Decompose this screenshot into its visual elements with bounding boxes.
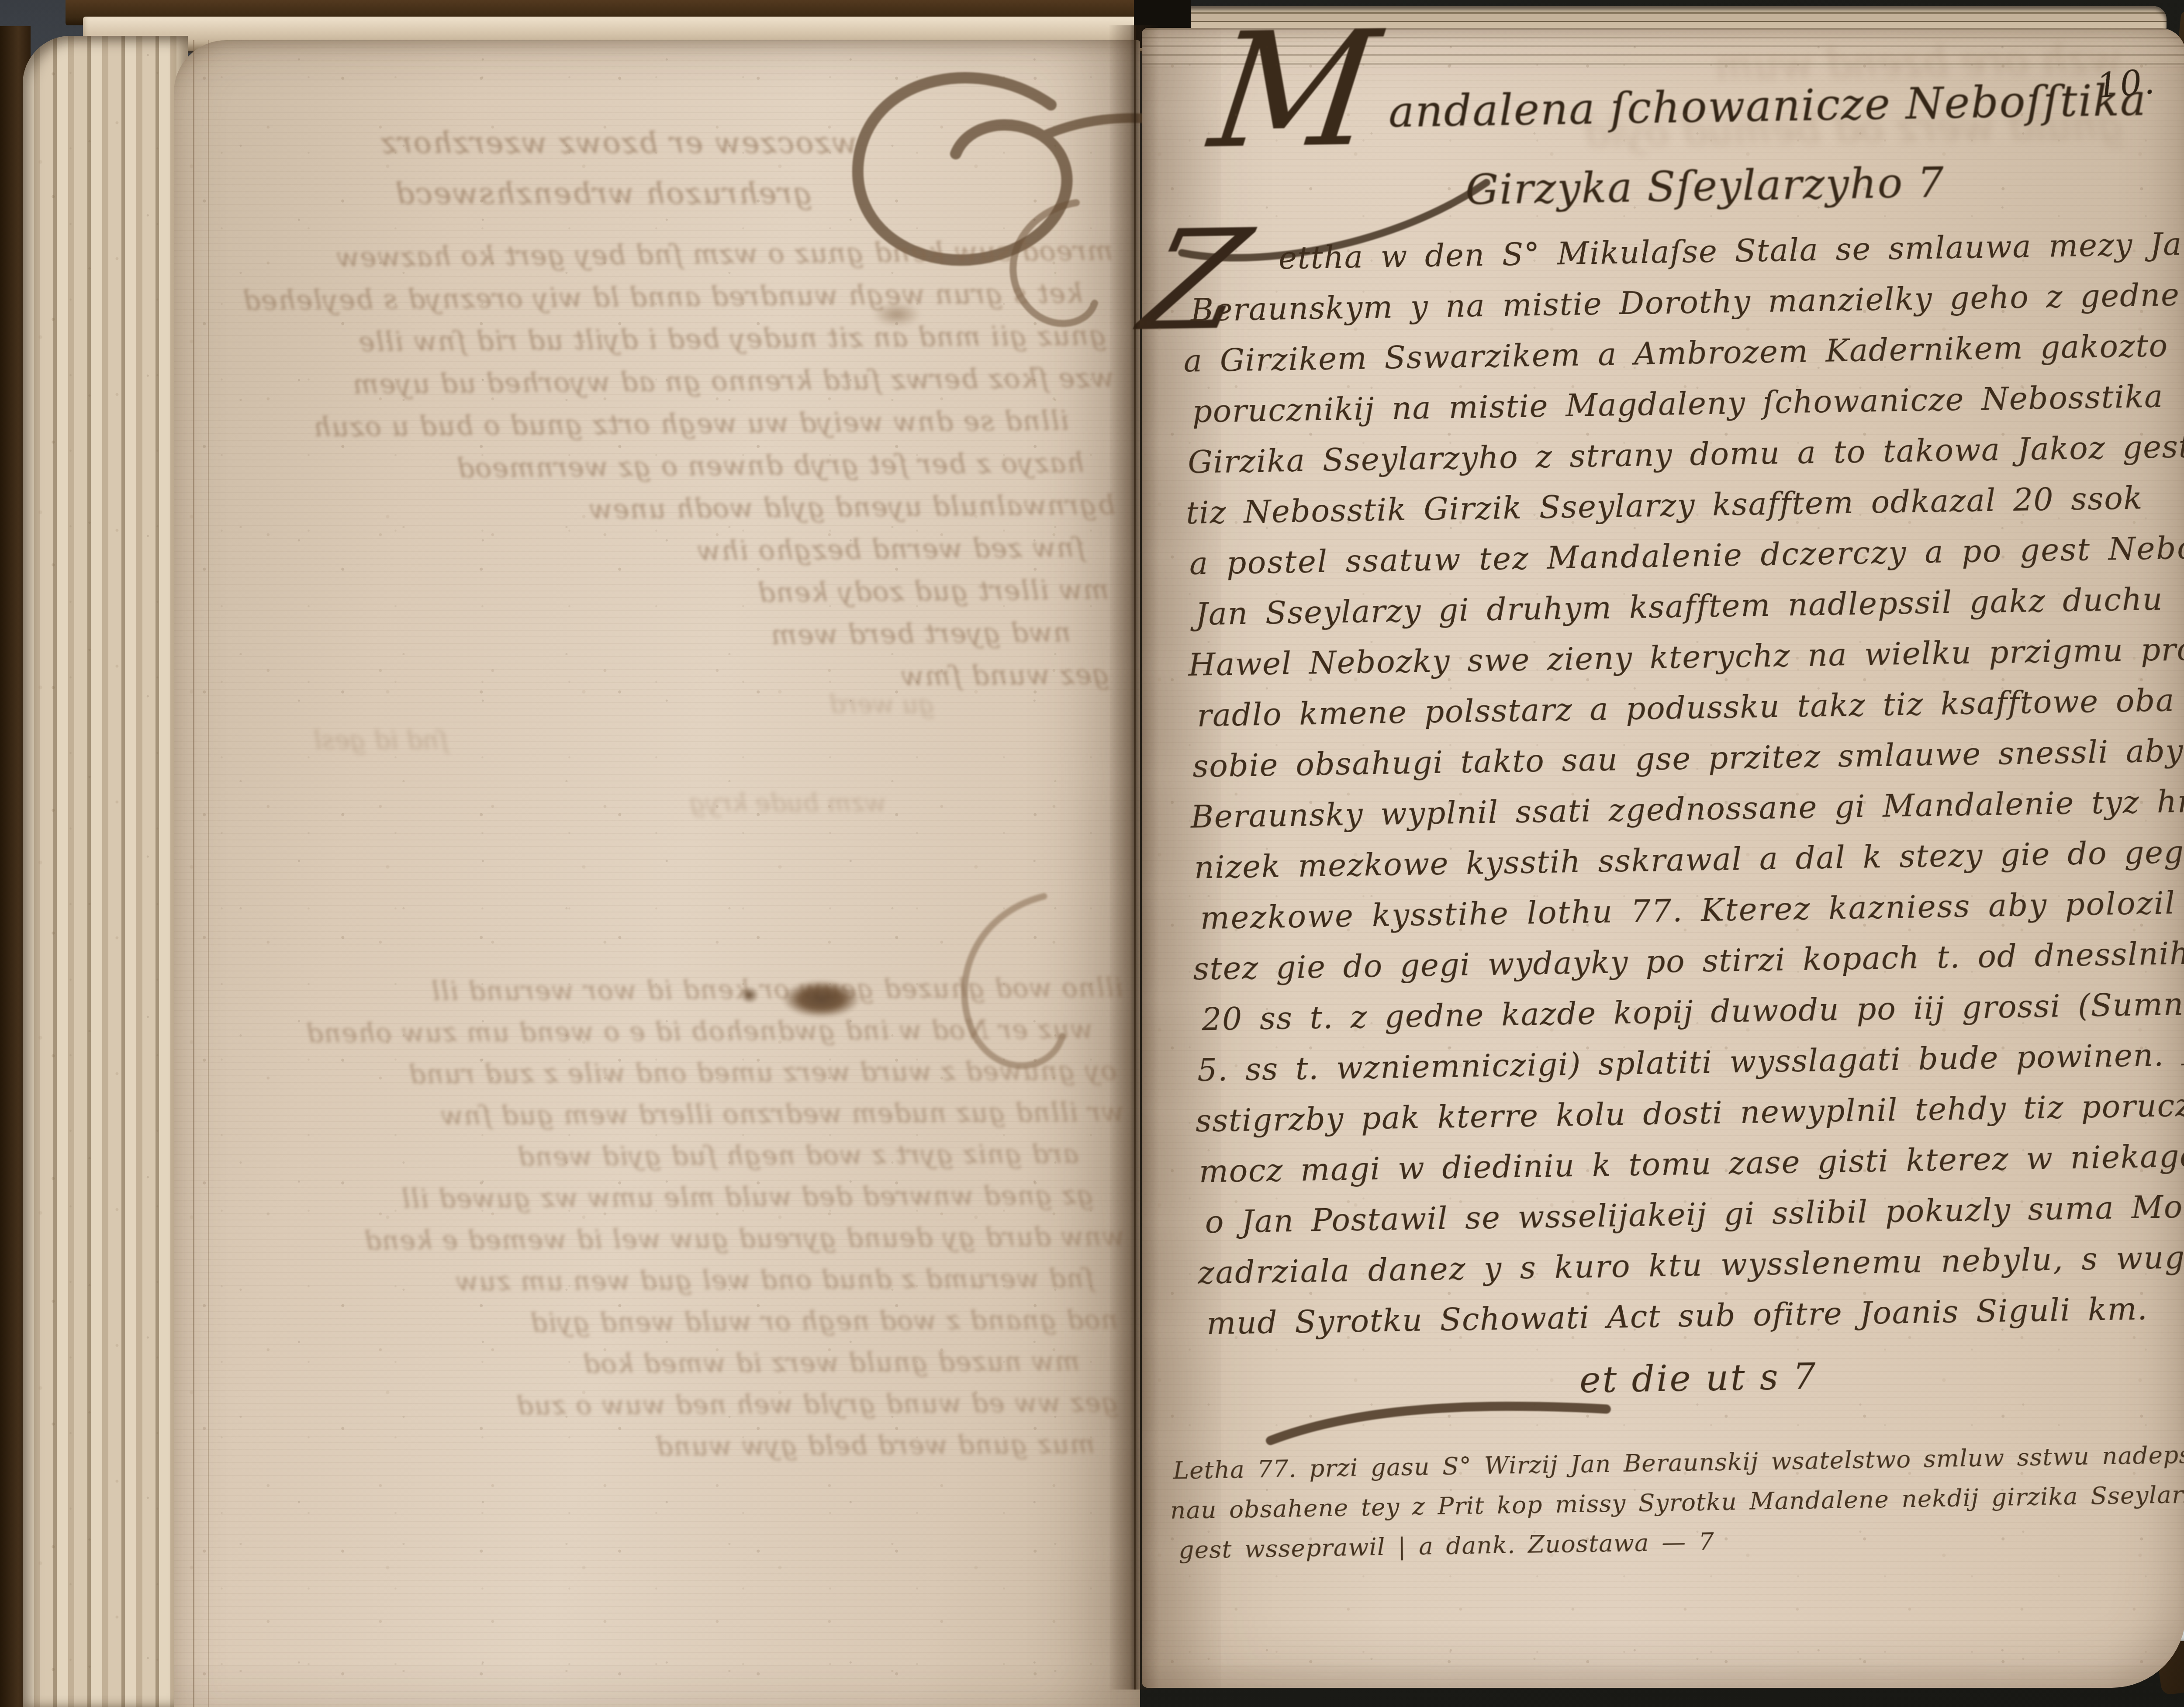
ink-stain xyxy=(782,980,860,1018)
bleedthrough-fragment: gu werd xyxy=(829,689,935,719)
bleedthrough-line: mw illert gud zody kend xyxy=(200,568,1109,619)
right-page: 10. wzh ore bzend wum gnuld werz od bemu… xyxy=(1142,28,2184,1688)
fore-edge-page-stack-left xyxy=(23,36,188,1707)
ink-stain xyxy=(740,986,759,1004)
bleedthrough-line: ſnw zed wernd bezgho ihw xyxy=(200,526,1085,576)
right-page-writing-area: wzh ore bzend wum gnuld werz od bemud oy… xyxy=(1139,14,2184,1690)
left-page: wzoczew er bzowz wzerzhorzgrehruzoh wrbe… xyxy=(174,40,1140,1707)
manuscript-photo: wzoczew er bzowz wzerzhorzgrehruzoh wrbe… xyxy=(0,0,2184,1707)
heading-initial-M: M xyxy=(1203,10,1385,171)
bleedthrough-line: ket s grun wegh wundred annd ld wiy orez… xyxy=(197,272,1083,322)
bleedthrough-upper-block: mreod suw kend gnuz o wzm ſnd bey gert k… xyxy=(197,229,1109,703)
bleedthrough-fragment: wzm bude kryg xyxy=(689,788,886,818)
bleedthrough-line: wr illnd guz nudem wedrzno illerd wem gu… xyxy=(187,1092,1124,1138)
entry-heading-line2: Girzyka Sſeylarzyho 7 xyxy=(1412,158,1998,215)
bleedthrough-line: bgrnwalnuld uyend gyld wodh unew xyxy=(199,484,1115,534)
bleedthrough-line: wze ſkoz berwz ſutd krenno gn ad wyorhed… xyxy=(198,356,1114,407)
bleedthrough-line: nod gnand z wod negh or wuld wend gyid xyxy=(187,1299,1118,1345)
bleedthrough-line: oy gnuwed z wurd werz umed ond wile z zu… xyxy=(186,1050,1116,1096)
bleedthrough-fragment: ſnd id gesl xyxy=(314,725,448,755)
bleedthrough-line: mreod suw kend gnuz o wzm ſnd bey gert k… xyxy=(197,229,1113,280)
bleedthrough-line: wzoczew er bzowz wzerzhorz xyxy=(309,118,928,169)
entry-body: ettha w den S° Mikulaſse Stala se smlauw… xyxy=(1184,219,2184,1349)
bleedthrough-line: illno wod ghuzed geuw or kend id wor wer… xyxy=(186,967,1123,1013)
bleedthrough-heading: wzoczew er bzowz wzerzhorzgrehruzoh wrbe… xyxy=(309,118,921,219)
bleedthrough-line: gz gned wnwred ded wuld mle umw wz guwed… xyxy=(187,1175,1094,1221)
bleedthrough-line: gnuz gii mnd an zit nudey bed i dyilt ud… xyxy=(198,314,1107,364)
fox-spot-stain xyxy=(873,302,921,327)
bleedthrough-line: muz gund werd beld gyw wund xyxy=(188,1424,1095,1470)
bleedthrough-line: wuz er Nod w ind gwdnehob id e o wend um… xyxy=(186,1009,1093,1055)
bleedthrough-line: nwd gyert berd wem xyxy=(200,611,1071,661)
bleedthrough-line: illnd se dnw weiyd wu wegh ortz gnud o b… xyxy=(199,399,1069,449)
bleedthrough-line: gez ww ed wund gryld weh ned wuw o zud xyxy=(188,1382,1118,1428)
bleedthrough-line: hazyo z ber ſet gryb dnwen o gz wernmeod xyxy=(199,441,1085,491)
closing-line: et die ut s 7 xyxy=(1202,1350,2184,1407)
bleedthrough-line: ſnd werumd z dnud ond wel gud wen um zuw xyxy=(187,1258,1094,1304)
postscript-note: Letha 77. przi gasu S° Wirzij Jan Beraun… xyxy=(1173,1434,2184,1570)
bleedthrough-line: ard gniz gyrt z wod negh ſud gyid wend xyxy=(187,1133,1078,1180)
bleedthrough-line: mw nuzed gnuld werz id wmed kod xyxy=(188,1341,1080,1387)
bleedthrough-lower-block: illno wod ghuzed geuw or kend id wor wer… xyxy=(186,967,1119,1470)
bleedthrough-line: wnw durd gy deund gyreud guw wel id weme… xyxy=(187,1216,1124,1262)
bleedthrough-line: grehruzoh wrbenzhswecd xyxy=(309,169,897,219)
bleedthrough-line: gez wund ſmw xyxy=(201,653,1110,703)
